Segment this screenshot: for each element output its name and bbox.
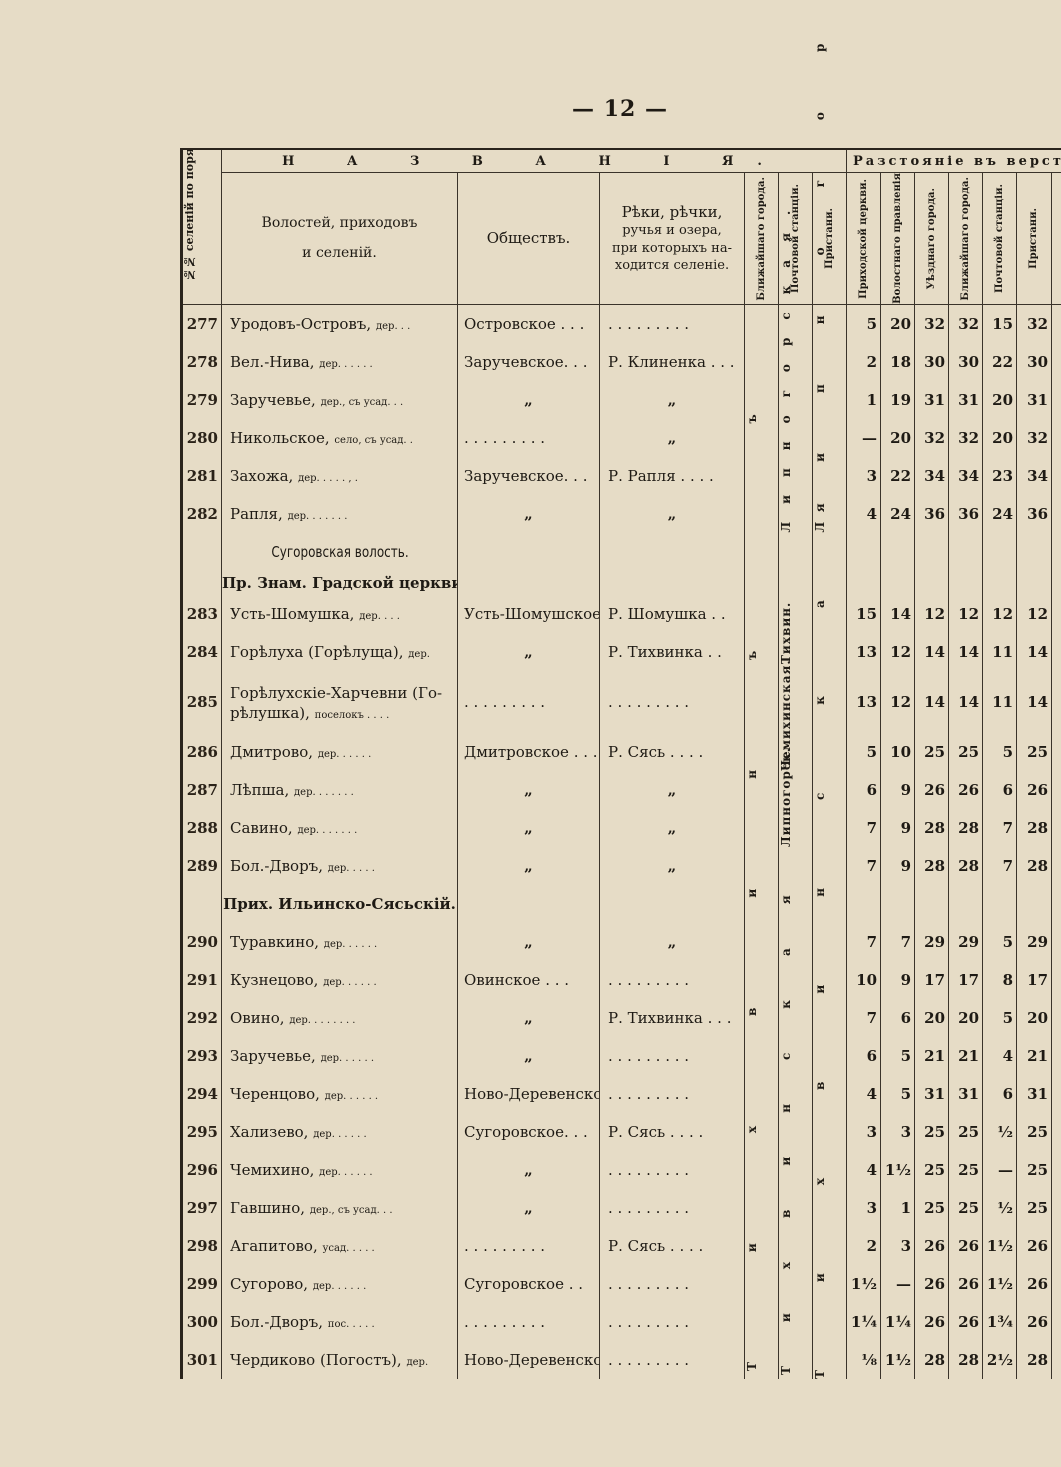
distance-cell: 32 bbox=[1017, 304, 1052, 343]
society-cell: Дмитровское . . . bbox=[458, 733, 600, 771]
river-cell: „ bbox=[600, 381, 745, 419]
table-row: 283Усть-Шомушка, дер. . . .Усть-Шомушско… bbox=[182, 595, 1061, 633]
distance-cell: 30 bbox=[915, 343, 949, 381]
city-span-label: ъ bbox=[745, 304, 779, 533]
raft-cell bbox=[1052, 1037, 1061, 1075]
distance-cell: 1½ bbox=[983, 1227, 1017, 1265]
society-cell: „ bbox=[458, 381, 600, 419]
distance-cell: 28 bbox=[915, 1341, 949, 1379]
distance-cell: 34 bbox=[949, 457, 983, 495]
distance-cell: 25 bbox=[1017, 1151, 1052, 1189]
empty-cell bbox=[182, 533, 222, 571]
river-cell: Р. Шомушка . . bbox=[600, 595, 745, 633]
distance-cell: 20 bbox=[881, 419, 915, 457]
settlement-name: Сугорово, дер. . . . . . bbox=[222, 1265, 458, 1303]
distance-cell: 5 bbox=[847, 304, 881, 343]
distance-cell: 26 bbox=[915, 1227, 949, 1265]
society-cell: „ bbox=[458, 999, 600, 1037]
distance-cell: 18 bbox=[881, 343, 915, 381]
river-cell: . . . . . . . . . bbox=[600, 1341, 745, 1379]
distance-cell: 22 bbox=[881, 457, 915, 495]
distance-cell: 26 bbox=[949, 1303, 983, 1341]
distance-cell: 6 bbox=[881, 999, 915, 1037]
distance-cell: 12 bbox=[915, 595, 949, 633]
raft-cell bbox=[1052, 495, 1061, 533]
order-column-header: №№ селеній по порядку. bbox=[182, 149, 222, 304]
distance-cell: 1½ bbox=[881, 1151, 915, 1189]
distance-cell: 7 bbox=[983, 847, 1017, 885]
distance-cell: 1¾ bbox=[983, 1303, 1017, 1341]
distance-cell: 7 bbox=[881, 923, 915, 961]
table-row: 287Лѣпша, дер. . . . . . .„„692626626 bbox=[182, 771, 1061, 809]
distance-cell: 32 bbox=[1017, 419, 1052, 457]
society-column-header: Обществъ. bbox=[458, 173, 600, 305]
distance-cell: 3 bbox=[847, 1189, 881, 1227]
post-span-label: Липногорская. bbox=[779, 304, 813, 533]
distance-cell: 14 bbox=[1017, 671, 1052, 733]
settlement-name: Заручевье, дер., съ усад. . . bbox=[222, 381, 458, 419]
table-row: 277Уродовъ-Островъ, дер. . .Островское .… bbox=[182, 304, 1061, 343]
table-row: 292Овино, дер. . . . . . . .„Р. Тихвинка… bbox=[182, 999, 1061, 1037]
raft-cell bbox=[1052, 1303, 1061, 1341]
distance-cell: 3 bbox=[847, 457, 881, 495]
distance-cell: 14 bbox=[915, 633, 949, 671]
society-cell: „ bbox=[458, 633, 600, 671]
table-row: 301Чердиково (Погостъ), дер.Ново-Деревен… bbox=[182, 1341, 1061, 1379]
settlements-table: №№ селеній по порядку. Н А З В А Н І Я. … bbox=[180, 148, 1061, 1338]
distance-cell: 28 bbox=[1017, 1341, 1052, 1379]
distance-cell: 25 bbox=[949, 1113, 983, 1151]
table-row: 281Захожа, дер. . . . . , .Заручевское. … bbox=[182, 457, 1061, 495]
distance-cell: 5 bbox=[881, 1037, 915, 1075]
river-cell: . . . . . . . . . bbox=[600, 671, 745, 733]
distance-cell: 15 bbox=[847, 595, 881, 633]
settlement-number: 295 bbox=[182, 1113, 222, 1151]
dist-church-header: Приходской церкви. bbox=[847, 173, 881, 305]
settlement-number: 283 bbox=[182, 595, 222, 633]
distance-cell: 25 bbox=[1017, 1113, 1052, 1151]
society-cell: Ново-Деревенское. bbox=[458, 1075, 600, 1113]
settlement-name: Дмитрово, дер. . . . . . bbox=[222, 733, 458, 771]
dist-uezd-header: Уѣзднаго города. bbox=[915, 173, 949, 305]
distance-cell: 12 bbox=[949, 595, 983, 633]
society-cell: „ bbox=[458, 923, 600, 961]
distance-cell: 1½ bbox=[983, 1265, 1017, 1303]
distance-cell: 14 bbox=[949, 633, 983, 671]
settlement-number: 298 bbox=[182, 1227, 222, 1265]
distance-cell: 1¼ bbox=[881, 1303, 915, 1341]
society-cell: Заручевское. . . bbox=[458, 343, 600, 381]
raft-cell bbox=[1052, 923, 1061, 961]
river-cell: Р. Тихвинка . . . bbox=[600, 999, 745, 1037]
raft-cell bbox=[1052, 304, 1061, 343]
raft-cell bbox=[1052, 1113, 1061, 1151]
settlement-name: Гавшино, дер., съ усад. . . bbox=[222, 1189, 458, 1227]
distance-cell: 17 bbox=[1017, 961, 1052, 999]
society-cell: „ bbox=[458, 771, 600, 809]
distance-cell: 31 bbox=[915, 1075, 949, 1113]
distance-cell: 2 bbox=[847, 1227, 881, 1265]
settlement-name: Рапля, дер. . . . . . . bbox=[222, 495, 458, 533]
distance-cell: 30 bbox=[949, 343, 983, 381]
settlement-name: Заручевье, дер. . . . . . bbox=[222, 1037, 458, 1075]
distance-cell: 24 bbox=[881, 495, 915, 533]
names-group-header: Н А З В А Н І Я. bbox=[222, 149, 847, 173]
distance-cell: 4 bbox=[847, 1075, 881, 1113]
society-cell: Сугоровское . . bbox=[458, 1265, 600, 1303]
distance-cell: 28 bbox=[915, 847, 949, 885]
river-cell: Р. Сясь . . . . bbox=[600, 1113, 745, 1151]
river-cell: . . . . . . . . . bbox=[600, 1151, 745, 1189]
raft-cell bbox=[1052, 1341, 1061, 1379]
distance-cell: — bbox=[881, 1265, 915, 1303]
society-cell: . . . . . . . . . bbox=[458, 419, 600, 457]
settlement-number: 291 bbox=[182, 961, 222, 999]
table-row: 289Бол.-Дворъ, дер. . . . .„„792828728 bbox=[182, 847, 1061, 885]
distance-cell: 31 bbox=[949, 1075, 983, 1113]
distance-cell: 7 bbox=[847, 999, 881, 1037]
distance-cell: ⅛ bbox=[847, 1341, 881, 1379]
settlement-name: Горѣлуха (Горѣлуща), дер. bbox=[222, 633, 458, 671]
section-title: Сугоровская волость. bbox=[245, 533, 434, 571]
settlement-number: 294 bbox=[182, 1075, 222, 1113]
distance-cell: 31 bbox=[915, 381, 949, 419]
river-cell: Р. Клиненка . . . bbox=[600, 343, 745, 381]
distance-cell: 26 bbox=[1017, 1303, 1052, 1341]
distance-cell: 1 bbox=[847, 381, 881, 419]
distance-cell: 14 bbox=[915, 671, 949, 733]
distance-cell: 25 bbox=[915, 1113, 949, 1151]
distance-cell: 32 bbox=[949, 419, 983, 457]
distance-cell: 26 bbox=[1017, 1227, 1052, 1265]
river-cell: Р. Тихвинка . . bbox=[600, 633, 745, 671]
distance-cell: 10 bbox=[881, 733, 915, 771]
distance-cell: 6 bbox=[847, 1037, 881, 1075]
table-row: 282Рапля, дер. . . . . . .„„42436362436 bbox=[182, 495, 1061, 533]
settlement-name: Горѣлухскіе-Харчевни (Го-рѣлушка), посел… bbox=[222, 671, 458, 733]
river-cell: . . . . . . . . . bbox=[600, 1189, 745, 1227]
parish-title: Пр. Знам. Градской церкви. bbox=[222, 571, 458, 595]
distance-cell: 25 bbox=[915, 1189, 949, 1227]
distance-cell: 2 bbox=[847, 343, 881, 381]
distance-cell: 31 bbox=[949, 381, 983, 419]
city-span-label: Тихвинъ bbox=[745, 533, 779, 1379]
distance-cell: 6 bbox=[983, 1075, 1017, 1113]
distance-cell: 19 bbox=[881, 381, 915, 419]
distance-cell: 34 bbox=[1017, 457, 1052, 495]
settlement-name: Захожа, дер. . . . . , . bbox=[222, 457, 458, 495]
table-row: 296Чемихино, дер. . . . . .„. . . . . . … bbox=[182, 1151, 1061, 1189]
post-span-label: Тихвинская bbox=[779, 847, 813, 1379]
raft-cell bbox=[1052, 733, 1061, 771]
parish-row: Пр. Знам. Градской церкви. bbox=[182, 571, 1061, 595]
table-row: 290Туравкино, дер. . . . . .„„772929529 bbox=[182, 923, 1061, 961]
table-row: 285Горѣлухскіе-Харчевни (Го-рѣлушка), по… bbox=[182, 671, 1061, 733]
settlement-number: 290 bbox=[182, 923, 222, 961]
settlement-number: 278 bbox=[182, 343, 222, 381]
settlement-number: 281 bbox=[182, 457, 222, 495]
society-cell: . . . . . . . . . bbox=[458, 671, 600, 733]
table-row: 288Савино, дер. . . . . . .„„792828728 bbox=[182, 809, 1061, 847]
distance-cell: 32 bbox=[949, 304, 983, 343]
table-row: 293Заручевье, дер. . . . . .„. . . . . .… bbox=[182, 1037, 1061, 1075]
society-cell: Сугоровское. . . bbox=[458, 1113, 600, 1151]
distance-cell: 25 bbox=[1017, 733, 1052, 771]
settlement-name: Чемихино, дер. . . . . . bbox=[222, 1151, 458, 1189]
river-cell: „ bbox=[600, 771, 745, 809]
distance-cell: 32 bbox=[915, 304, 949, 343]
settlement-number: 293 bbox=[182, 1037, 222, 1075]
table-row: 284Горѣлуха (Горѣлуща), дер.„Р. Тихвинка… bbox=[182, 633, 1061, 671]
distance-cell: 28 bbox=[949, 847, 983, 885]
distance-cell: 20 bbox=[915, 999, 949, 1037]
distance-cell: 4 bbox=[847, 1151, 881, 1189]
distance-cell: 31 bbox=[1017, 381, 1052, 419]
distance-cell: 26 bbox=[1017, 771, 1052, 809]
city-column-header: Ближайшаго города. bbox=[745, 173, 779, 305]
raft-cell bbox=[1052, 1227, 1061, 1265]
society-cell: . . . . . . . . . bbox=[458, 1227, 600, 1265]
dist-city-header: Ближайшаго города. bbox=[949, 173, 983, 305]
distance-cell: 28 bbox=[915, 809, 949, 847]
raft-cell bbox=[1052, 999, 1061, 1037]
river-cell: . . . . . . . . . bbox=[600, 1303, 745, 1341]
distance-cell: 7 bbox=[847, 809, 881, 847]
distance-cell: 6 bbox=[847, 771, 881, 809]
distance-cell: 1½ bbox=[881, 1341, 915, 1379]
raft-cell bbox=[1052, 1151, 1061, 1189]
distance-cell: 25 bbox=[949, 733, 983, 771]
distance-cell: 25 bbox=[949, 1189, 983, 1227]
distance-cell: 3 bbox=[881, 1227, 915, 1265]
distance-cell: 26 bbox=[915, 1265, 949, 1303]
distance-group-header: Разстояніе въ верстахъ отъ bbox=[847, 149, 1061, 173]
distance-cell: 26 bbox=[915, 1303, 949, 1341]
society-cell: Островское . . . bbox=[458, 304, 600, 343]
settlement-number: 284 bbox=[182, 633, 222, 671]
distance-cell: 7 bbox=[847, 923, 881, 961]
settlement-number: 286 bbox=[182, 733, 222, 771]
society-cell: „ bbox=[458, 495, 600, 533]
settlement-name: Кузнецово, дер. . . . . . bbox=[222, 961, 458, 999]
distance-cell: 11 bbox=[983, 633, 1017, 671]
settlement-name: Никольское, село, съ усад. . bbox=[222, 419, 458, 457]
society-cell: „ bbox=[458, 847, 600, 885]
distance-cell: 14 bbox=[949, 671, 983, 733]
table-row: 278Вел.-Нива, дер. . . . . .Заручевское.… bbox=[182, 343, 1061, 381]
distance-cell: 26 bbox=[949, 1265, 983, 1303]
raft-cell bbox=[1052, 633, 1061, 671]
society-cell: „ bbox=[458, 809, 600, 847]
distance-cell: 2½ bbox=[983, 1341, 1017, 1379]
distance-cell: 28 bbox=[1017, 847, 1052, 885]
distance-cell: 13 bbox=[847, 633, 881, 671]
distance-cell: 13 bbox=[847, 671, 881, 733]
society-cell: „ bbox=[458, 1189, 600, 1227]
settlement-number: 285 bbox=[182, 671, 222, 733]
distance-cell: 1½ bbox=[847, 1265, 881, 1303]
settlement-number: 300 bbox=[182, 1303, 222, 1341]
distance-cell: 5 bbox=[983, 923, 1017, 961]
distance-cell: 31 bbox=[1017, 1075, 1052, 1113]
distance-cell: 9 bbox=[881, 961, 915, 999]
pier-span-label: Тихвинская bbox=[813, 533, 847, 1379]
river-cell: Р. Сясь . . . . bbox=[600, 1227, 745, 1265]
distance-cell: 21 bbox=[949, 1037, 983, 1075]
settlement-name: Вел.-Нива, дер. . . . . . bbox=[222, 343, 458, 381]
river-cell: . . . . . . . . . bbox=[600, 1075, 745, 1113]
settlement-name: Бол.-Дворъ, дер. . . . . bbox=[222, 847, 458, 885]
distance-cell: 6 bbox=[983, 771, 1017, 809]
distance-cell: 25 bbox=[949, 1151, 983, 1189]
distance-cell: 11 bbox=[983, 671, 1017, 733]
raft-cell bbox=[1052, 381, 1061, 419]
settlement-name: Уродовъ-Островъ, дер. . . bbox=[222, 304, 458, 343]
table-row: 280Никольское, село, съ усад. .. . . . .… bbox=[182, 419, 1061, 457]
distance-cell: 7 bbox=[983, 809, 1017, 847]
distance-cell: 26 bbox=[915, 771, 949, 809]
distance-cell: 26 bbox=[949, 1227, 983, 1265]
distance-cell: 28 bbox=[949, 809, 983, 847]
river-cell: „ bbox=[600, 847, 745, 885]
river-cell: Р. Сясь . . . . bbox=[600, 733, 745, 771]
parish-row: Прих. Ильинско-Сясьскій. bbox=[182, 885, 1061, 923]
section-row: Сугоровская волость. bbox=[182, 533, 1061, 571]
distance-cell: 25 bbox=[915, 1151, 949, 1189]
distance-cell: 17 bbox=[949, 961, 983, 999]
distance-cell: 36 bbox=[949, 495, 983, 533]
distance-cell: 25 bbox=[915, 733, 949, 771]
river-cell: Р. Рапля . . . . bbox=[600, 457, 745, 495]
settlement-number: 288 bbox=[182, 809, 222, 847]
distance-cell: 29 bbox=[949, 923, 983, 961]
society-cell: „ bbox=[458, 1151, 600, 1189]
settlement-number: 282 bbox=[182, 495, 222, 533]
page-number: — 12 — bbox=[0, 96, 1061, 122]
distance-cell: 12 bbox=[881, 633, 915, 671]
settlement-number: 296 bbox=[182, 1151, 222, 1189]
river-cell: „ bbox=[600, 495, 745, 533]
distance-cell: 28 bbox=[1017, 809, 1052, 847]
settlement-name: Савино, дер. . . . . . . bbox=[222, 809, 458, 847]
table-row: 300Бол.-Дворъ, пос. . . . .. . . . . . .… bbox=[182, 1303, 1061, 1341]
distance-cell: 20 bbox=[881, 304, 915, 343]
distance-cell: 12 bbox=[983, 595, 1017, 633]
river-column-header: Рѣки, рѣчки, ручья и озера, при которыхъ… bbox=[600, 173, 745, 305]
settlement-number: 299 bbox=[182, 1265, 222, 1303]
distance-cell: 12 bbox=[1017, 595, 1052, 633]
settlement-number: 277 bbox=[182, 304, 222, 343]
dist-post-header: Почтовой станціи. bbox=[983, 173, 1017, 305]
distance-cell: 20 bbox=[983, 419, 1017, 457]
distance-cell: 9 bbox=[881, 809, 915, 847]
raft-cell bbox=[1052, 343, 1061, 381]
raft-cell bbox=[1052, 771, 1061, 809]
society-cell: „ bbox=[458, 1037, 600, 1075]
settlement-name: Чердиково (Погостъ), дер. bbox=[222, 1341, 458, 1379]
raft-cell bbox=[1052, 961, 1061, 999]
table-row: 299Сугорово, дер. . . . . .Сугоровское .… bbox=[182, 1265, 1061, 1303]
distance-cell: 1¼ bbox=[847, 1303, 881, 1341]
distance-cell: ½ bbox=[983, 1189, 1017, 1227]
settlement-name: Бол.-Дворъ, пос. . . . . bbox=[222, 1303, 458, 1341]
distance-cell: 23 bbox=[983, 457, 1017, 495]
raft-cell bbox=[1052, 457, 1061, 495]
distance-cell: 26 bbox=[949, 771, 983, 809]
distance-cell: 5 bbox=[983, 733, 1017, 771]
raft-cell bbox=[1052, 1075, 1061, 1113]
distance-cell: 21 bbox=[1017, 1037, 1052, 1075]
table-row: 286Дмитрово, дер. . . . . .Дмитровское .… bbox=[182, 733, 1061, 771]
distance-cell: 29 bbox=[1017, 923, 1052, 961]
settlement-number: 279 bbox=[182, 381, 222, 419]
settlement-name: Овино, дер. . . . . . . . bbox=[222, 999, 458, 1037]
settlement-number: 289 bbox=[182, 847, 222, 885]
distance-cell: 24 bbox=[983, 495, 1017, 533]
raft-cell bbox=[1052, 809, 1061, 847]
table-row: 279Заручевье, дер., съ усад. . .„„119313… bbox=[182, 381, 1061, 419]
society-cell: Заручевское. . . bbox=[458, 457, 600, 495]
distance-cell: 28 bbox=[949, 1341, 983, 1379]
society-cell: Овинское . . . bbox=[458, 961, 600, 999]
distance-cell: — bbox=[847, 419, 881, 457]
distance-cell: 9 bbox=[881, 771, 915, 809]
river-cell: . . . . . . . . . bbox=[600, 961, 745, 999]
distance-cell: 20 bbox=[983, 381, 1017, 419]
settlement-name: Усть-Шомушка, дер. . . . bbox=[222, 595, 458, 633]
dist-pier-header: Пристани. bbox=[1017, 173, 1052, 305]
settlement-name: Хализево, дер. . . . . . bbox=[222, 1113, 458, 1151]
distance-cell: 10 bbox=[847, 961, 881, 999]
table-row: 294Черенцово, дер. . . . . .Ново-Деревен… bbox=[182, 1075, 1061, 1113]
society-cell: Ново-Деревенское. bbox=[458, 1341, 600, 1379]
distance-cell: 20 bbox=[949, 999, 983, 1037]
distance-cell: 12 bbox=[881, 671, 915, 733]
parish-title: Прих. Ильинско-Сясьскій. bbox=[222, 885, 458, 923]
settlement-number: 292 bbox=[182, 999, 222, 1037]
distance-cell: 25 bbox=[1017, 1189, 1052, 1227]
distance-cell: 30 bbox=[1017, 343, 1052, 381]
distance-cell: 1 bbox=[881, 1189, 915, 1227]
society-cell: Усть-Шомушское . bbox=[458, 595, 600, 633]
post-span-label: Липногорск. bbox=[779, 771, 813, 847]
table-row: 298Агапитово, усад. . . . .. . . . . . .… bbox=[182, 1227, 1061, 1265]
settlement-number: 287 bbox=[182, 771, 222, 809]
settlement-name: Туравкино, дер. . . . . . bbox=[222, 923, 458, 961]
distance-cell: 5 bbox=[881, 1075, 915, 1113]
raft-cell bbox=[1052, 1189, 1061, 1227]
distance-cell: 7 bbox=[847, 847, 881, 885]
settlement-name: Лѣпша, дер. . . . . . . bbox=[222, 771, 458, 809]
raft-cell bbox=[1052, 1265, 1061, 1303]
distance-cell: — bbox=[983, 1151, 1017, 1189]
distance-cell: 36 bbox=[915, 495, 949, 533]
distance-cell: 29 bbox=[915, 923, 949, 961]
distance-cell: 4 bbox=[847, 495, 881, 533]
river-cell: „ bbox=[600, 809, 745, 847]
river-cell: . . . . . . . . . bbox=[600, 1265, 745, 1303]
distance-cell: 20 bbox=[1017, 999, 1052, 1037]
distance-cell: 9 bbox=[881, 847, 915, 885]
settlement-number: 301 bbox=[182, 1341, 222, 1379]
river-cell: „ bbox=[600, 923, 745, 961]
river-cell: . . . . . . . . . bbox=[600, 1037, 745, 1075]
distance-cell: 21 bbox=[915, 1037, 949, 1075]
distance-cell: 3 bbox=[847, 1113, 881, 1151]
river-cell: „ bbox=[600, 419, 745, 457]
settlement-number: 297 bbox=[182, 1189, 222, 1227]
distance-cell: 15 bbox=[983, 304, 1017, 343]
